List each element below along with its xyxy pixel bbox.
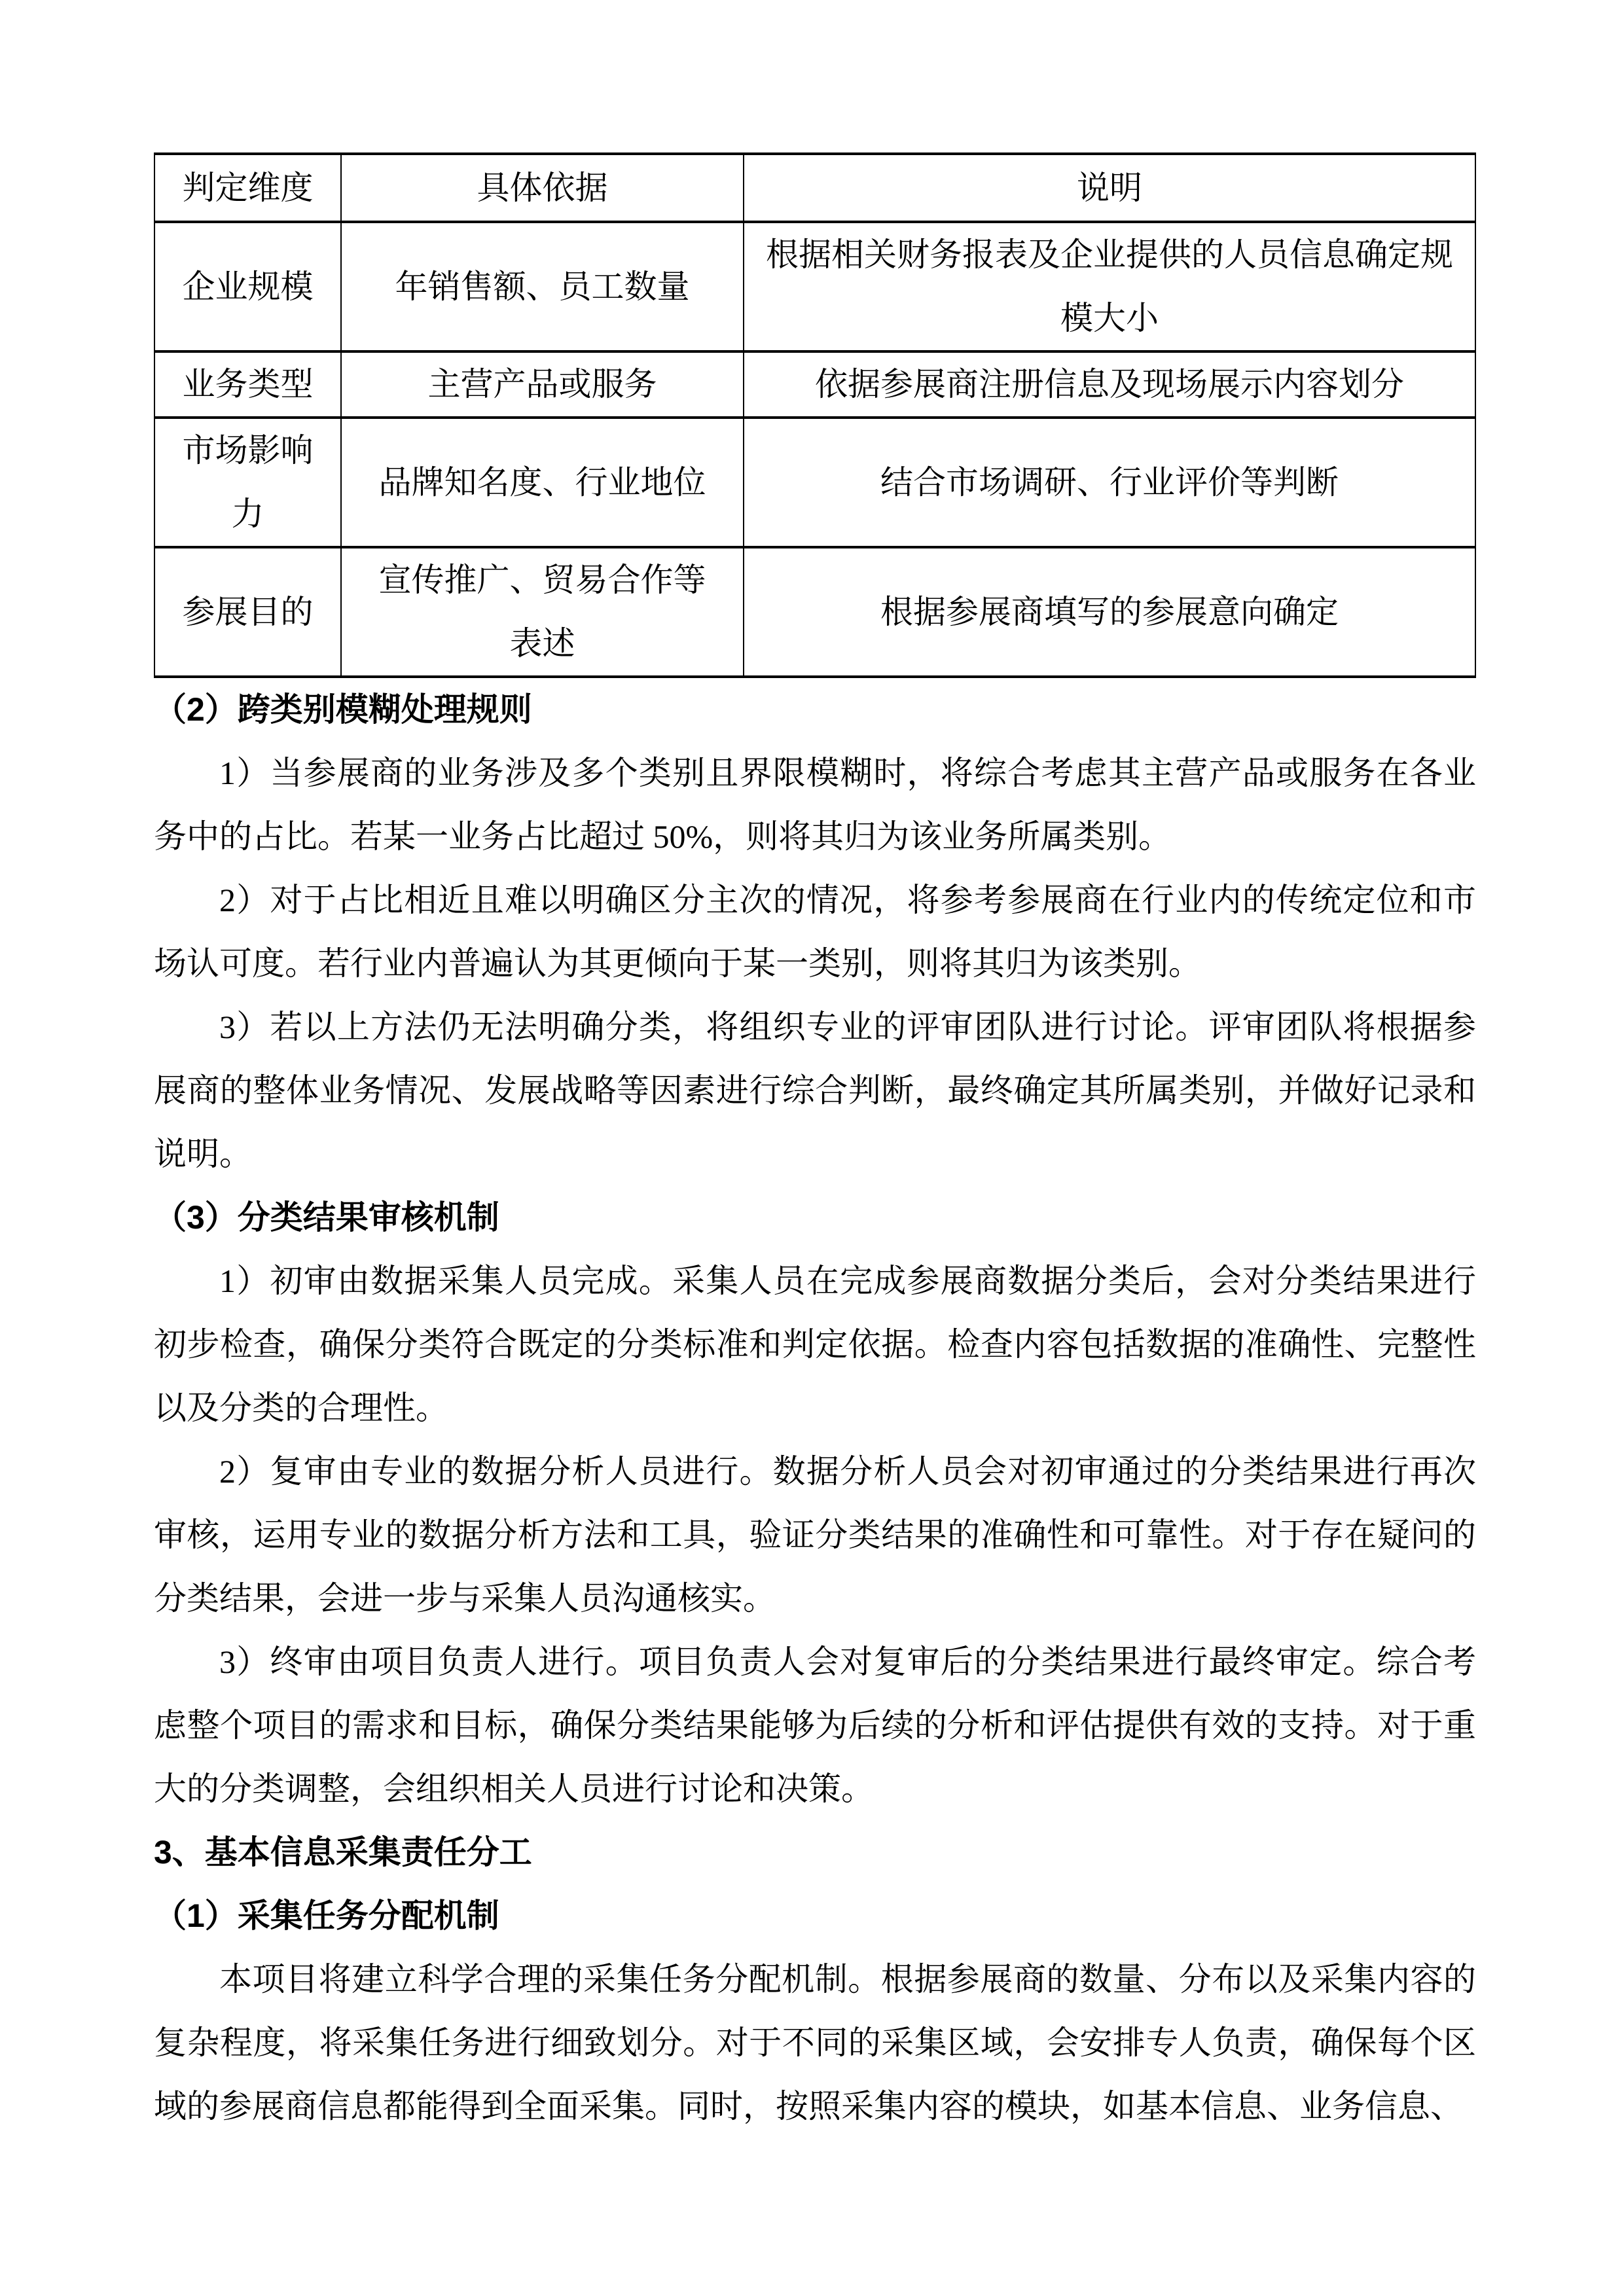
table-cell-basis: 宣传推广、贸易合作等表述 — [341, 547, 744, 677]
paragraph: 1）初审由数据采集人员完成。采集人员在完成参展商数据分类后，会对分类结果进行初步… — [154, 1249, 1476, 1440]
section-heading-review-mechanism: （3）分类结果审核机制 — [154, 1186, 1476, 1249]
section-heading-fuzzy-rules: （2）跨类别模糊处理规则 — [154, 678, 1476, 742]
table-header-dimension: 判定维度 — [154, 154, 341, 222]
paragraph: 1）当参展商的业务涉及多个类别且界限模糊时，将综合考虑其主营产品或服务在各业务中… — [154, 742, 1476, 869]
table-header-row: 判定维度 具体依据 说明 — [154, 154, 1475, 222]
table-header-basis: 具体依据 — [341, 154, 744, 222]
table-row: 参展目的 宣传推广、贸易合作等表述 根据参展商填写的参展意向确定 — [154, 547, 1475, 677]
classification-criteria-table: 判定维度 具体依据 说明 企业规模 年销售额、员工数量 根据相关财务报表及企业提… — [154, 152, 1476, 678]
table-cell-basis: 品牌知名度、行业地位 — [341, 418, 744, 547]
table-cell-dimension: 业务类型 — [154, 351, 341, 418]
table-row: 企业规模 年销售额、员工数量 根据相关财务报表及企业提供的人员信息确定规模大小 — [154, 222, 1475, 351]
table-cell-dimension: 参展目的 — [154, 547, 341, 677]
paragraph: 本项目将建立科学合理的采集任务分配机制。根据参展商的数量、分布以及采集内容的复杂… — [154, 1948, 1476, 2138]
paragraph: 2）对于占比相近且难以明确区分主次的情况，将参考参展商在行业内的传统定位和市场认… — [154, 869, 1476, 996]
table-cell-basis: 主营产品或服务 — [341, 351, 744, 418]
paragraph: 2）复审由专业的数据分析人员进行。数据分析人员会对初审通过的分类结果进行再次审核… — [154, 1440, 1476, 1630]
section-heading-task-allocation: （1）采集任务分配机制 — [154, 1884, 1476, 1948]
table-cell-dimension: 企业规模 — [154, 222, 341, 351]
table-header-note: 说明 — [744, 154, 1475, 222]
table-cell-basis: 年销售额、员工数量 — [341, 222, 744, 351]
table-cell-note: 结合市场调研、行业评价等判断 — [744, 418, 1475, 547]
table-cell-note: 根据参展商填写的参展意向确定 — [744, 547, 1475, 677]
table-cell-dimension: 市场影响力 — [154, 418, 341, 547]
chapter-heading-info-collection: 3、基本信息采集责任分工 — [154, 1821, 1476, 1884]
document-page: 判定维度 具体依据 说明 企业规模 年销售额、员工数量 根据相关财务报表及企业提… — [0, 0, 1624, 2296]
paragraph: 3）终审由项目负责人进行。项目负责人会对复审后的分类结果进行最终审定。综合考虑整… — [154, 1630, 1476, 1821]
table-cell-note: 根据相关财务报表及企业提供的人员信息确定规模大小 — [744, 222, 1475, 351]
table-cell-note: 依据参展商注册信息及现场展示内容划分 — [744, 351, 1475, 418]
document-body: （2）跨类别模糊处理规则 1）当参展商的业务涉及多个类别且界限模糊时，将综合考虑… — [154, 678, 1476, 2138]
paragraph: 3）若以上方法仍无法明确分类，将组织专业的评审团队进行讨论。评审团队将根据参展商… — [154, 996, 1476, 1186]
table-row: 业务类型 主营产品或服务 依据参展商注册信息及现场展示内容划分 — [154, 351, 1475, 418]
table-row: 市场影响力 品牌知名度、行业地位 结合市场调研、行业评价等判断 — [154, 418, 1475, 547]
